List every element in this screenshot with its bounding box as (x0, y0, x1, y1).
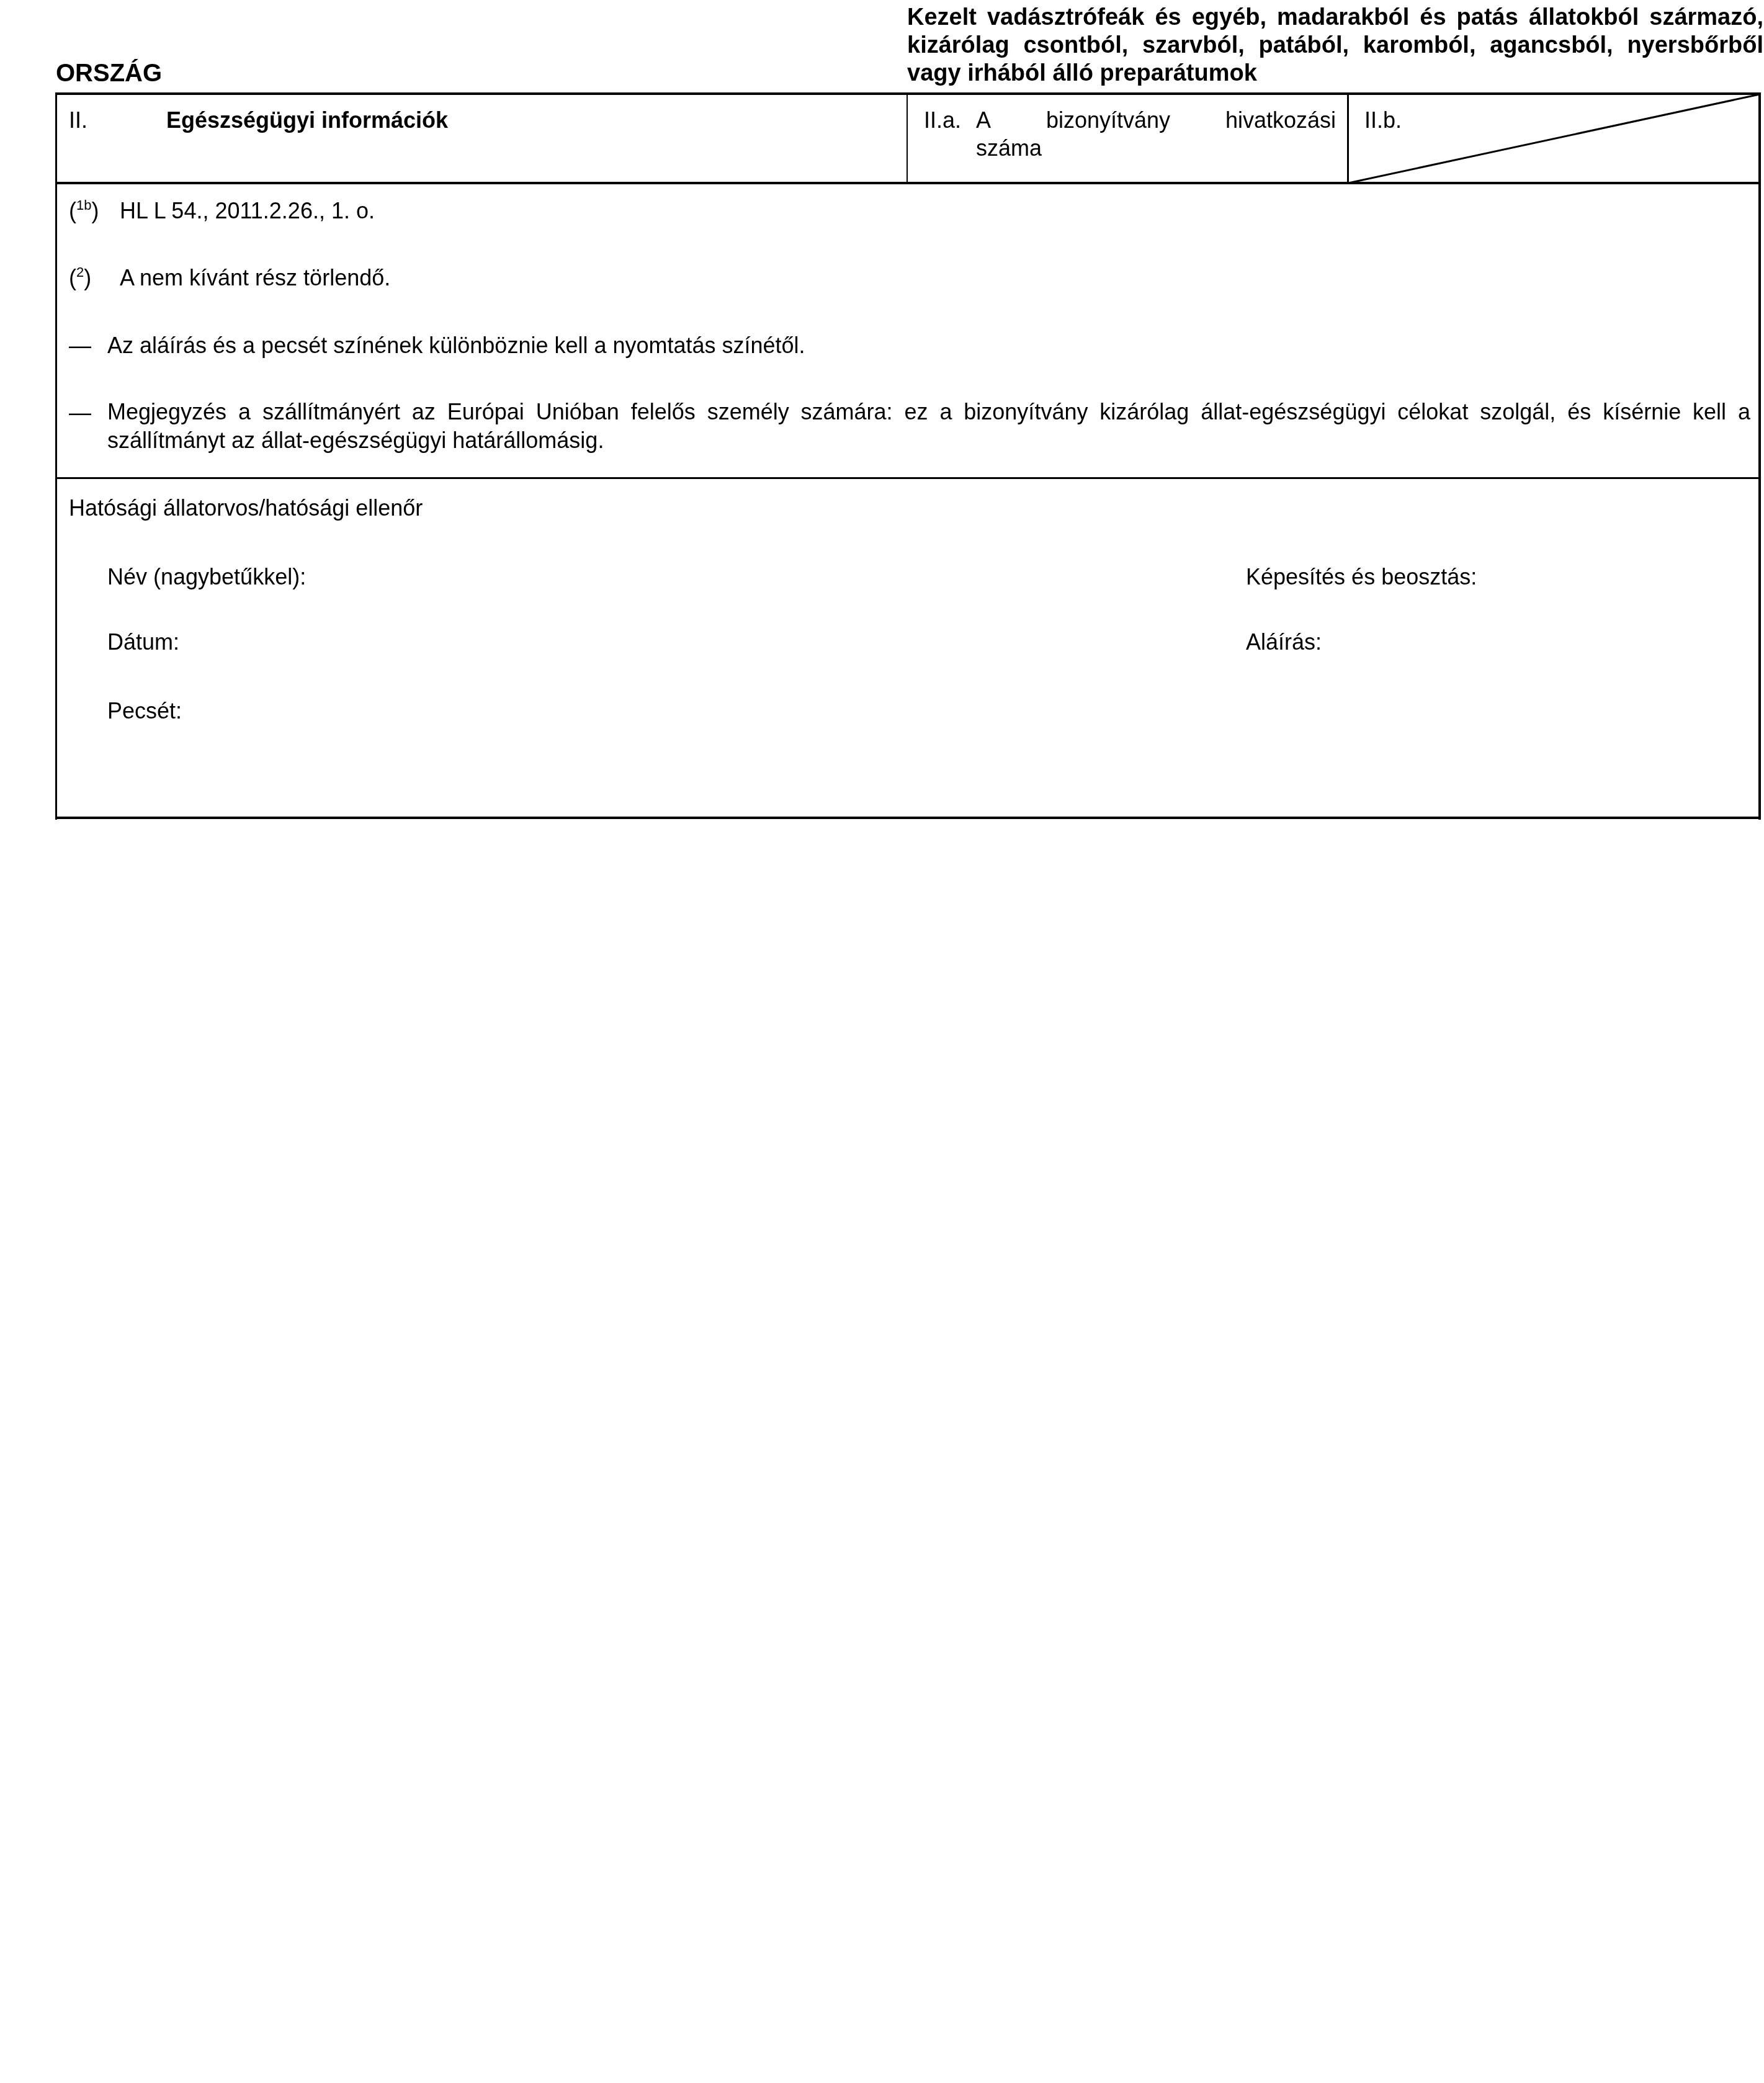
country-label: ORSZÁG (56, 60, 162, 87)
stamp-field-label: Pecsét: (107, 697, 182, 725)
table-left-border (55, 92, 57, 820)
name-field-label: Név (nagybetűkkel): (107, 563, 306, 591)
signature-field-label: Aláírás: (1246, 629, 1322, 656)
ref-number-label: II.a. (924, 107, 961, 134)
note-1-bullet: — (69, 332, 91, 359)
ref-word-1: A (976, 107, 991, 134)
footnotes-bottom-border (55, 477, 1761, 479)
table-right-border (1758, 92, 1761, 820)
footnote-marker: (1b) (69, 198, 99, 223)
certificate-title: Kezelt vadásztrófeák és egyéb, madarakbó… (907, 4, 1763, 87)
note-2-text: Megjegyzés a szállítmányért az Európai U… (107, 398, 1750, 455)
header-row-bottom-border (55, 182, 1761, 184)
qualification-field-label: Képesítés és beosztás: (1246, 563, 1477, 591)
ref-word-2: bizonyítvány (1046, 107, 1170, 134)
footnote-2-text: A nem kívánt rész törlendő. (120, 264, 390, 292)
column-divider-1 (907, 94, 908, 183)
section-title: Egészségügyi információk (166, 107, 448, 134)
note-2-bullet: — (69, 399, 91, 426)
note-1-text: Az aláírás és a pecsét színének különböz… (107, 332, 805, 359)
footnote-1b: (1b) (69, 197, 99, 225)
footnote-marker: (2) (69, 265, 91, 290)
column-divider-2 (1347, 94, 1349, 183)
table-bottom-border (55, 817, 1761, 819)
ref-number-text: A bizonyítvány hivatkozási (976, 107, 1336, 134)
ref-word-3: hivatkozási (1225, 107, 1336, 134)
section-number: II. (69, 107, 87, 134)
date-field-label: Dátum: (107, 629, 179, 656)
local-ref-label: II.b. (1364, 107, 1402, 134)
ref-number-text-line2: száma (976, 135, 1042, 162)
footnote-1b-text: HL L 54., 2011.2.26., 1. o. (120, 197, 375, 225)
signature-heading: Hatósági állatorvos/hatósági ellenőr (69, 495, 423, 522)
footnote-2: (2) (69, 264, 91, 292)
table-top-border (55, 92, 1761, 95)
